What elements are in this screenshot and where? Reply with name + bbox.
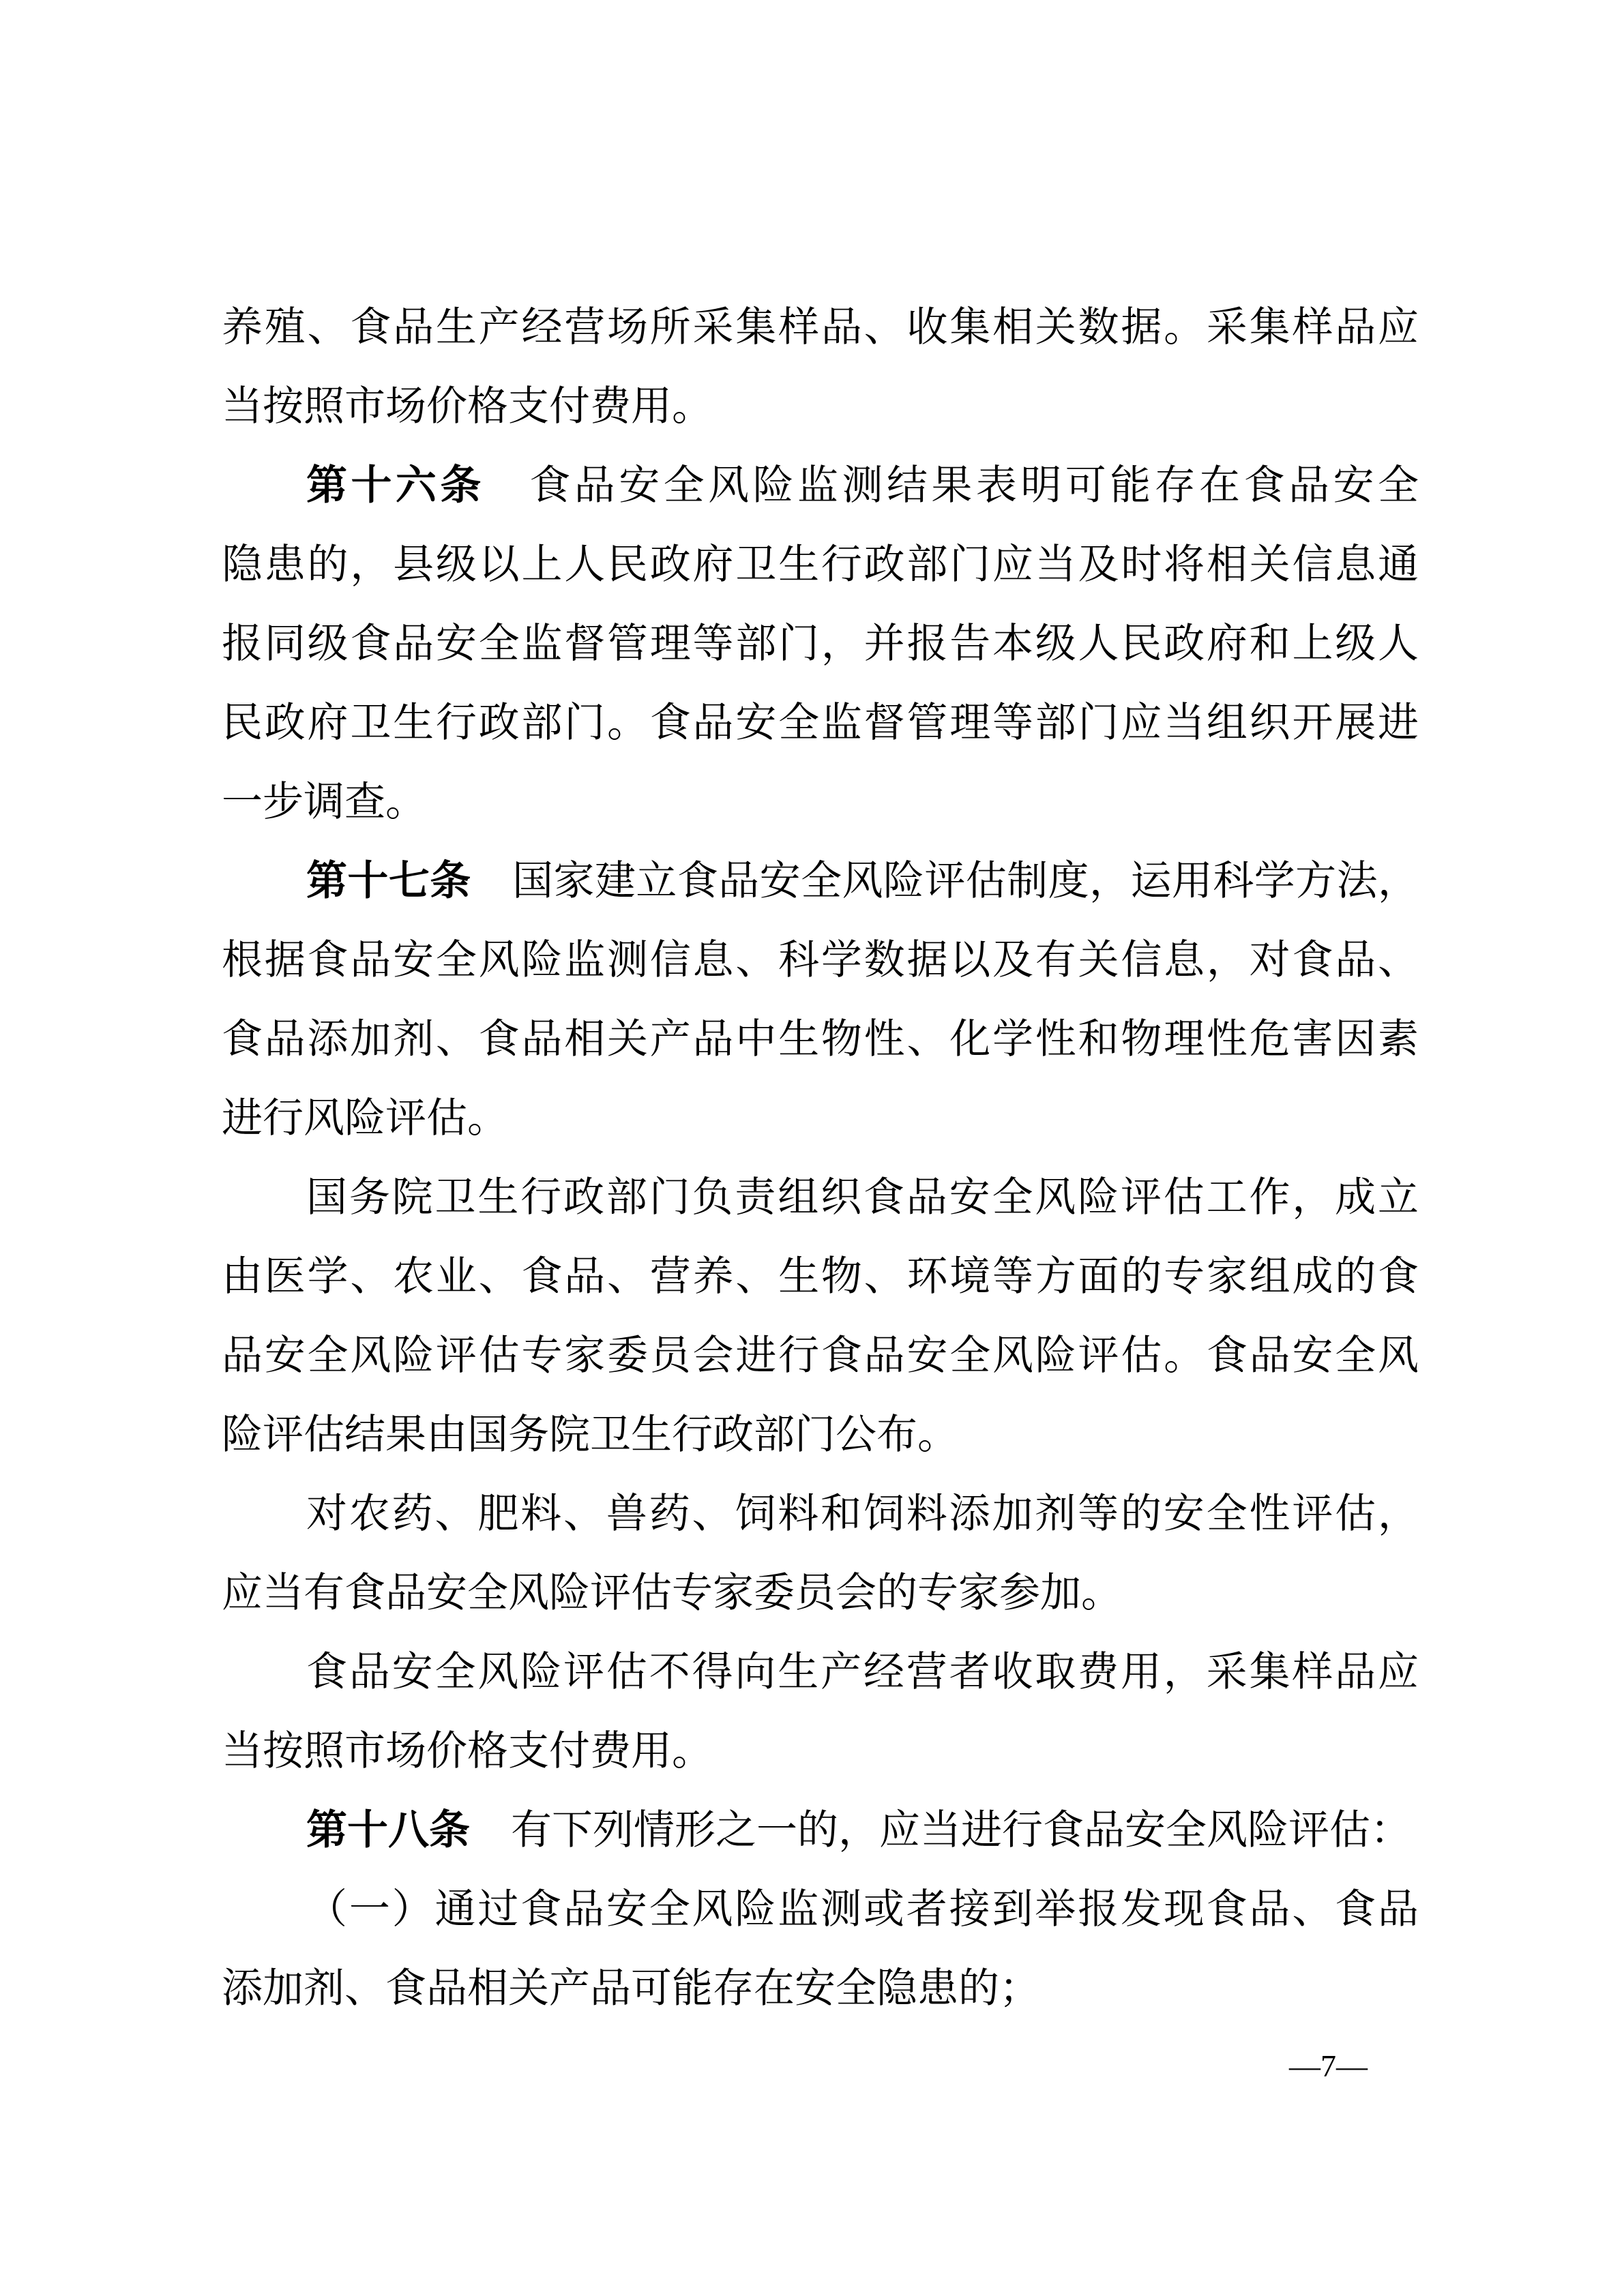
- body-text: 对农药、肥料、兽药、饲料和饲料添加剂等的安全性评估，: [306, 1491, 1419, 1536]
- article-number: 第十八条: [306, 1807, 470, 1853]
- body-text: （一）通过食品安全风险监测或者接到举报发现食品、食品: [306, 1887, 1419, 1932]
- document-page: 养殖、食品生产经营场所采集样品、收集相关数据。采集样品应当按照市场价格支付费用。…: [0, 0, 1624, 2296]
- article-number: 第十七条: [306, 858, 471, 904]
- body-text: 国家建立食品安全风险评估制度，运用科学方法，: [471, 859, 1419, 904]
- body-text: 根据食品安全风险监测信息、科学数据以及有关信息，对食品、: [222, 938, 1419, 983]
- body-text: 隐患的，县级以上人民政府卫生行政部门应当及时将相关信息通: [222, 542, 1419, 587]
- body-text: 食品添加剂、食品相关产品中生物性、化学性和物理性危害因素: [222, 1017, 1419, 1062]
- text-line: 当按照市场价格支付费用。: [222, 1712, 1419, 1791]
- text-line: 品安全风险评估专家委员会进行食品安全风险评估。食品安全风: [222, 1316, 1419, 1395]
- body-text: 当按照市场价格支付费用。: [222, 1729, 713, 1774]
- text-line: 养殖、食品生产经营场所采集样品、收集相关数据。采集样品应: [222, 288, 1419, 367]
- body-text: 添加剂、食品相关产品可能存在安全隐患的；: [222, 1966, 1040, 2011]
- text-line: 一步调查。: [222, 762, 1419, 841]
- body-text: 民政府卫生行政部门。食品安全监督管理等部门应当组织开展进: [222, 700, 1419, 745]
- text-line: 食品安全风险评估不得向生产经营者收取费用，采集样品应: [222, 1632, 1419, 1712]
- body-text: 食品安全风险评估不得向生产经营者收取费用，采集样品应: [306, 1650, 1419, 1695]
- body-text: 国务院卫生行政部门负责组织食品安全风险评估工作，成立: [306, 1175, 1419, 1220]
- article-number: 第十六条: [306, 462, 485, 508]
- text-line: 第十八条 有下列情形之一的，应当进行食品安全风险评估：: [222, 1791, 1419, 1870]
- text-line: 当按照市场价格支付费用。: [222, 367, 1419, 446]
- text-line: 第十七条 国家建立食品安全风险评估制度，运用科学方法，: [222, 841, 1419, 921]
- body-text: 养殖、食品生产经营场所采集样品、收集相关数据。采集样品应: [222, 305, 1419, 350]
- body-text: 食品安全风险监测结果表明可能存在食品安全: [485, 463, 1419, 508]
- text-line: 民政府卫生行政部门。食品安全监督管理等部门应当组织开展进: [222, 683, 1419, 762]
- text-line: 隐患的，县级以上人民政府卫生行政部门应当及时将相关信息通: [222, 525, 1419, 604]
- body-text: 险评估结果由国务院卫生行政部门公布。: [222, 1412, 958, 1457]
- body-text: 有下列情形之一的，应当进行食品安全风险评估：: [470, 1808, 1411, 1853]
- text-line: 国务院卫生行政部门负责组织食品安全风险评估工作，成立: [222, 1158, 1419, 1237]
- text-line: 险评估结果由国务院卫生行政部门公布。: [222, 1395, 1419, 1474]
- page-number: —7—: [1289, 2047, 1368, 2085]
- document-text-block: 养殖、食品生产经营场所采集样品、收集相关数据。采集样品应当按照市场价格支付费用。…: [222, 288, 1419, 2028]
- body-text: 当按照市场价格支付费用。: [222, 384, 713, 429]
- body-text: 品安全风险评估专家委员会进行食品安全风险评估。食品安全风: [222, 1333, 1419, 1378]
- text-line: 应当有食品安全风险评估专家委员会的专家参加。: [222, 1553, 1419, 1632]
- text-line: 进行风险评估。: [222, 1079, 1419, 1158]
- text-line: 由医学、农业、食品、营养、生物、环境等方面的专家组成的食: [222, 1237, 1419, 1316]
- body-text: 报同级食品安全监督管理等部门，并报告本级人民政府和上级人: [222, 621, 1419, 666]
- text-line: 食品添加剂、食品相关产品中生物性、化学性和物理性危害因素: [222, 1000, 1419, 1079]
- text-line: 第十六条 食品安全风险监测结果表明可能存在食品安全: [222, 446, 1419, 525]
- text-line: 报同级食品安全监督管理等部门，并报告本级人民政府和上级人: [222, 604, 1419, 683]
- body-text: 由医学、农业、食品、营养、生物、环境等方面的专家组成的食: [222, 1254, 1419, 1299]
- text-line: 添加剂、食品相关产品可能存在安全隐患的；: [222, 1949, 1419, 2028]
- body-text: 一步调查。: [222, 779, 426, 824]
- body-text: 进行风险评估。: [222, 1096, 508, 1141]
- text-line: 对农药、肥料、兽药、饲料和饲料添加剂等的安全性评估，: [222, 1474, 1419, 1553]
- text-line: 根据食品安全风险监测信息、科学数据以及有关信息，对食品、: [222, 921, 1419, 1000]
- text-line: （一）通过食品安全风险监测或者接到举报发现食品、食品: [222, 1870, 1419, 1949]
- body-text: 应当有食品安全风险评估专家委员会的专家参加。: [222, 1570, 1122, 1615]
